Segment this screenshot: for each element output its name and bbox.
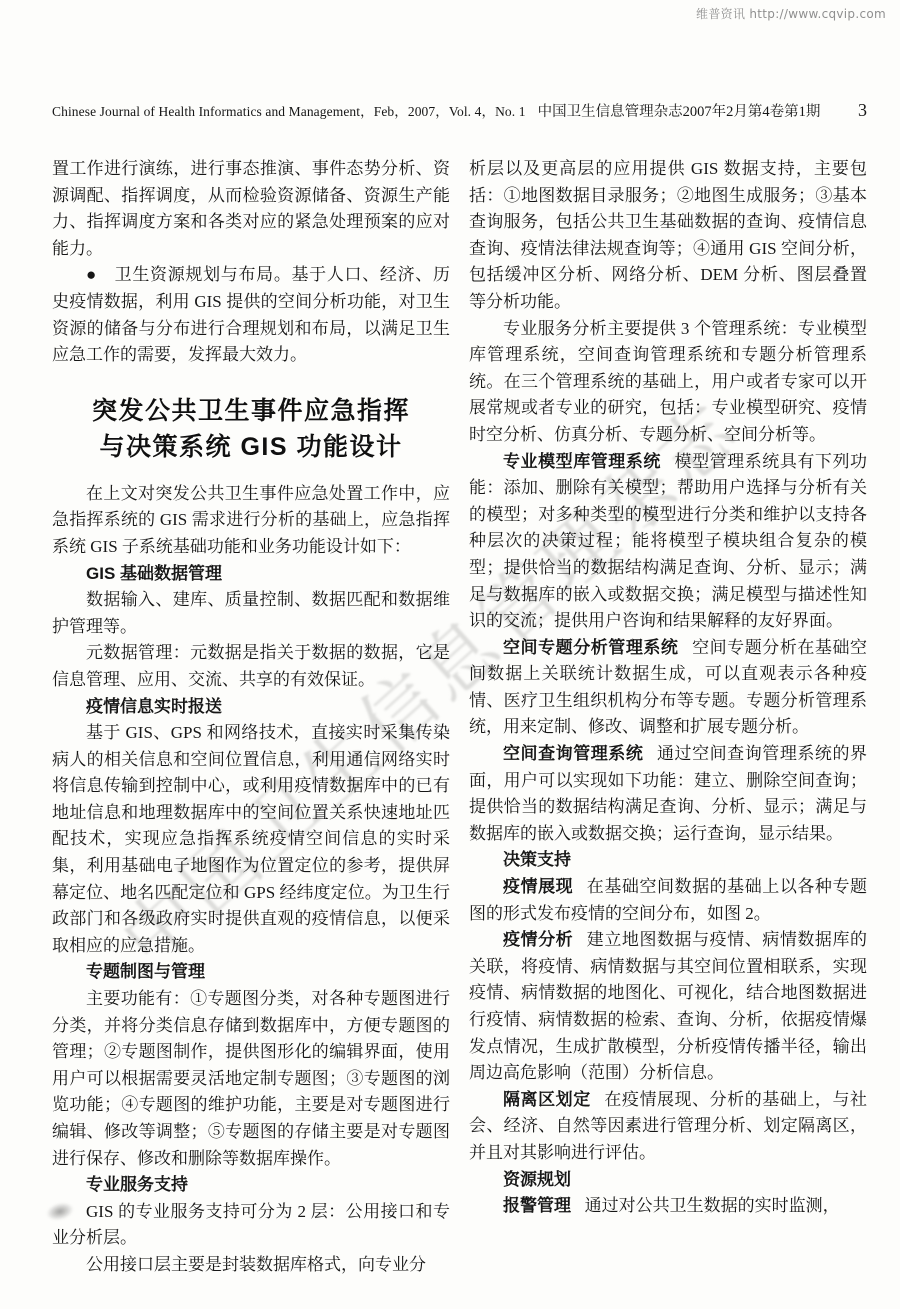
paragraph: 主要功能有：①专题图分类，对各种专题图进行分类，并将分类信息存储到数据库中，方便… <box>52 986 450 1172</box>
article-title-line2: 与决策系统 GIS 功能设计 <box>100 433 403 461</box>
paragraph: 数据输入、建库、质量控制、数据匹配和数据维护管理等。 <box>52 587 450 640</box>
paragraph: 基于 GIS、GPS 和网络技术，直接实时采集传染病人的相关信息和空间位置信息，… <box>52 720 450 959</box>
section-heading: 疫情信息实时报送 <box>52 694 450 721</box>
bullet-paragraph: ● 卫生资源规划与布局。基于人口、经济、历史疫情数据，利用 GIS 提供的空间分… <box>52 262 450 368</box>
scanned-journal-page: 维普资讯 http://www.cqvip.com Chinese Journa… <box>0 0 900 1309</box>
paragraph: 疫情展现在基础空间数据的基础上以各种专题图的形式发布疫情的空间分布，如图 2。 <box>469 874 867 927</box>
paragraph: 疫情分析建立地图数据与疫情、病情数据库的关联，将疫情、病情数据与其空间位置相联系… <box>469 927 867 1087</box>
paragraph-continuation: 析层以及更高层的应用提供 GIS 数据支持，主要包括：①地图数据目录服务；②地图… <box>469 156 867 316</box>
section-heading: GIS 基础数据管理 <box>52 561 450 588</box>
runin-heading: 空间查询管理系统 <box>503 744 643 763</box>
article-title: 突发公共卫生事件应急指挥与决策系统 GIS 功能设计 <box>52 393 450 465</box>
paragraph: GIS 的专业服务支持可分为 2 层：公用接口和专业分析层。 <box>52 1199 450 1252</box>
article-title-line1: 突发公共卫生事件应急指挥 <box>92 397 410 425</box>
section-heading: 专题制图与管理 <box>52 959 450 986</box>
cqvip-corner-watermark: 维普资讯 http://www.cqvip.com <box>696 5 886 22</box>
journal-title-cn: 中国卫生信息管理杂志2007年2月第4卷第1期 <box>538 100 821 121</box>
page-number: 3 <box>858 100 867 121</box>
paragraph-text: 模型管理系统具有下列功能：添加、删除有关模型；帮助用户选择与分析有关的模型；对多… <box>469 452 867 631</box>
paragraph: 公用接口层主要是封装数据库格式，向专业分 <box>52 1252 450 1279</box>
section-heading: 资源规划 <box>469 1167 867 1194</box>
paragraph: 专业模型库管理系统模型管理系统具有下列功能：添加、删除有关模型；帮助用户选择与分… <box>469 449 867 635</box>
paragraph-continuation: 置工作进行演练，进行事态推演、事件态势分析、资源调配、指挥调度，从而检验资源储备… <box>52 156 450 262</box>
paragraph: 元数据管理：元数据是指关于数据的数据，它是信息管理、应用、交流、共享的有效保证。 <box>52 640 450 693</box>
runin-heading: 疫情展现 <box>503 877 573 896</box>
paragraph: 空间查询管理系统通过空间查询管理系统的界面，用户可以实现如下功能：建立、删除空间… <box>469 741 867 847</box>
paragraph: 在上文对突发公共卫生事件应急处置工作中，应急指挥系统的 GIS 需求进行分析的基… <box>52 481 450 561</box>
runin-heading: 专业模型库管理系统 <box>503 452 661 471</box>
paragraph: 空间专题分析管理系统空间专题分析在基础空间数据上关联统计数据生成，可以直观表示各… <box>469 635 867 741</box>
paragraph-text: 通过对公共卫生数据的实时监测， <box>585 1196 840 1215</box>
paragraph-text: 建立地图数据与疫情、病情数据库的关联，将疫情、病情数据与其空间位置相联系，实现疫… <box>469 930 867 1082</box>
paragraph: 报警管理通过对公共卫生数据的实时监测， <box>469 1193 867 1220</box>
runin-heading: 疫情分析 <box>503 930 573 949</box>
section-heading: 专业服务支持 <box>52 1172 450 1199</box>
runin-heading: 隔离区划定 <box>503 1090 591 1109</box>
section-heading: 决策支持 <box>469 847 867 874</box>
runin-heading: 空间专题分析管理系统 <box>503 638 678 657</box>
left-column: 置工作进行演练，进行事态推演、事件态势分析、资源调配、指挥调度，从而检验资源储备… <box>52 156 450 1279</box>
right-column: 析层以及更高层的应用提供 GIS 数据支持，主要包括：①地图数据目录服务；②地图… <box>469 156 867 1220</box>
journal-title-en: Chinese Journal of Health Informatics an… <box>52 100 526 120</box>
journal-header: Chinese Journal of Health Informatics an… <box>52 100 867 121</box>
paragraph: 专业服务分析主要提供 3 个管理系统：专业模型库管理系统，空间查询管理系统和专题… <box>469 316 867 449</box>
paragraph: 隔离区划定在疫情展现、分析的基础上，与社会、经济、自然等因素进行管理分析、划定隔… <box>469 1087 867 1167</box>
runin-heading: 报警管理 <box>503 1196 571 1215</box>
